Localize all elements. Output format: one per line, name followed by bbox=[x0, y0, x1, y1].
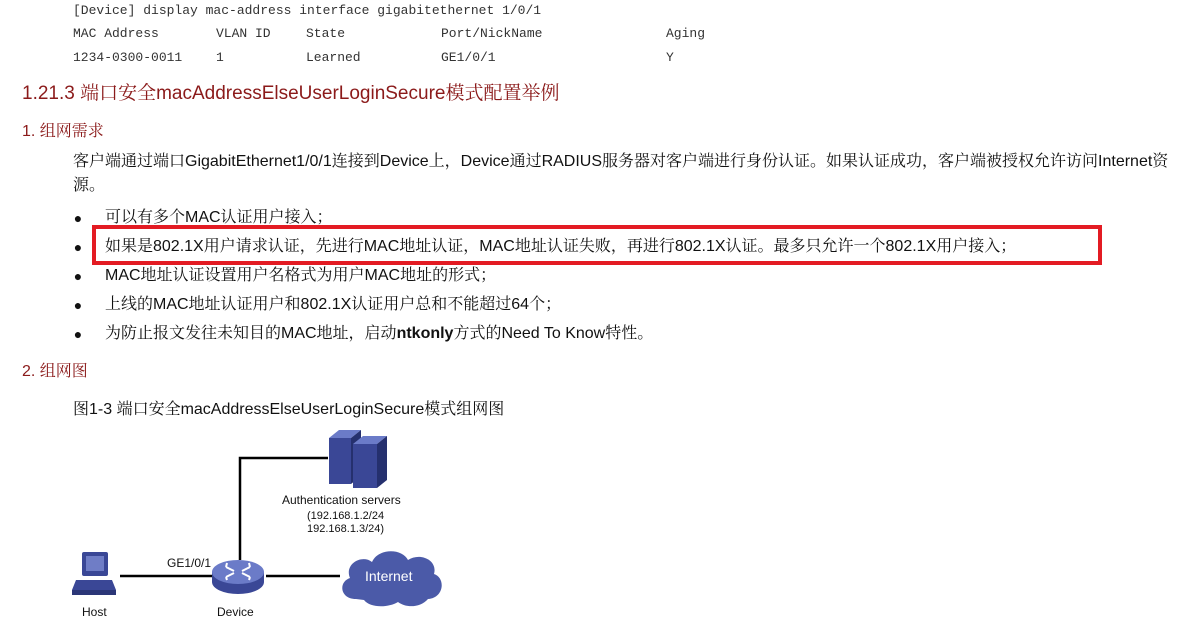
cell-vlan: 1 bbox=[216, 50, 224, 65]
highlight-box bbox=[92, 225, 1102, 265]
cell-port: GE1/0/1 bbox=[441, 50, 496, 65]
col-header-port: Port/NickName bbox=[441, 26, 542, 41]
col-header-aging: Aging bbox=[666, 26, 705, 41]
port-label: GE1/0/1 bbox=[167, 556, 211, 570]
bullet-icon: ● bbox=[73, 206, 83, 230]
bullet-icon: ● bbox=[73, 293, 83, 317]
keyword-ntkonly: ntkonly bbox=[397, 325, 454, 342]
list-item-text: MAC地址认证设置用户名格式为用户MAC地址的形式； bbox=[105, 264, 496, 288]
network-diagram: Host Device GE1/0/1 Authentication serve… bbox=[60, 420, 460, 637]
device-label: Device bbox=[217, 605, 254, 619]
bullet-icon: ● bbox=[73, 322, 83, 346]
internet-label: Internet bbox=[365, 568, 412, 584]
subsection-title-diagram: 2. 组网图 bbox=[22, 358, 88, 381]
host-pc-icon bbox=[72, 550, 122, 600]
bullet-icon: ● bbox=[73, 235, 83, 259]
section-title: 1.21.3 端口安全macAddressElseUserLoginSecure… bbox=[22, 78, 559, 105]
col-header-vlan: VLAN ID bbox=[216, 26, 271, 41]
cell-aging: Y bbox=[666, 50, 674, 65]
cell-state: Learned bbox=[306, 50, 361, 65]
server-ip-2: 192.168.1.3/24) bbox=[307, 523, 384, 535]
bullet-icon: ● bbox=[73, 264, 83, 288]
servers-label: Authentication servers bbox=[282, 493, 401, 507]
figure-caption: 图1-3 端口安全macAddressElseUserLoginSecure模式… bbox=[73, 396, 504, 419]
list-item-text-after: 方式的Need To Know特性。 bbox=[453, 325, 653, 342]
device-switch-icon bbox=[210, 556, 266, 598]
requirements-paragraph: 客户端通过端口GigabitEthernet1/0/1连接到Device上，De… bbox=[73, 150, 1198, 198]
list-item-text: 上线的MAC地址认证用户和802.1X认证用户总和不能超过64个； bbox=[105, 293, 561, 317]
col-header-mac: MAC Address bbox=[73, 26, 159, 41]
subsection-title-requirements: 1. 组网需求 bbox=[22, 118, 104, 141]
cli-command: [Device] display mac-address interface g… bbox=[73, 3, 541, 18]
list-item-text: 为防止报文发往未知目的MAC地址，启动ntkonly方式的Need To Kno… bbox=[105, 322, 653, 346]
list-item-text-before: 为防止报文发往未知目的MAC地址，启动 bbox=[105, 325, 397, 342]
servers-icon bbox=[325, 428, 395, 488]
col-header-state: State bbox=[306, 26, 345, 41]
cell-mac: 1234-0300-0011 bbox=[73, 50, 182, 65]
host-label: Host bbox=[82, 605, 107, 619]
server-ip-1: (192.168.1.2/24 bbox=[307, 510, 384, 522]
